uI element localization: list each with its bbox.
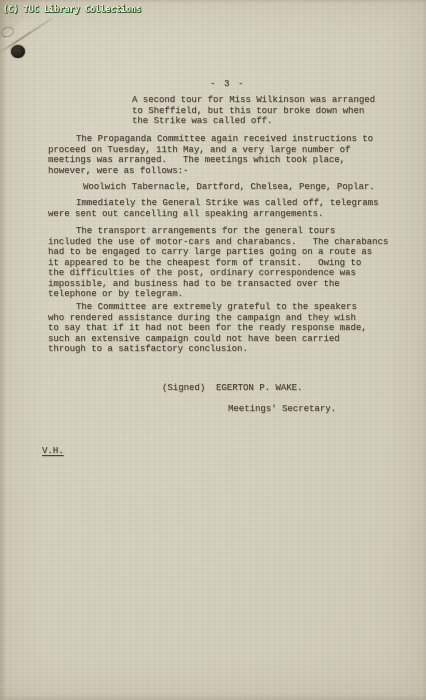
signature-line: (Signed) EGERTON P. WAKE. xyxy=(162,383,302,394)
punch-hole xyxy=(11,45,25,58)
library-watermark: (C) TUC Library Collections xyxy=(3,5,141,15)
paragraph-gratitude: The Committee are extremely grateful to … xyxy=(48,302,367,355)
page-number: - 3 - xyxy=(210,79,245,90)
typist-initials: V.H. xyxy=(42,446,64,457)
paragraph-transport: The transport arrangements for the gener… xyxy=(48,226,388,300)
paragraph-tour-note: A second tour for Miss Wilkinson was arr… xyxy=(132,95,375,127)
meetings-list-line: Woolwich Tabernacle, Dartford, Chelsea, … xyxy=(83,182,375,193)
signature-title: Meetings' Secretary. xyxy=(228,404,336,415)
scanned-document-page: (C) TUC Library Collections - 3 - A seco… xyxy=(0,0,426,700)
paragraph-propaganda: The Propaganda Committee again received … xyxy=(48,134,373,176)
paragraph-strike-called-off: Immediately the General Strike was calle… xyxy=(48,198,378,219)
